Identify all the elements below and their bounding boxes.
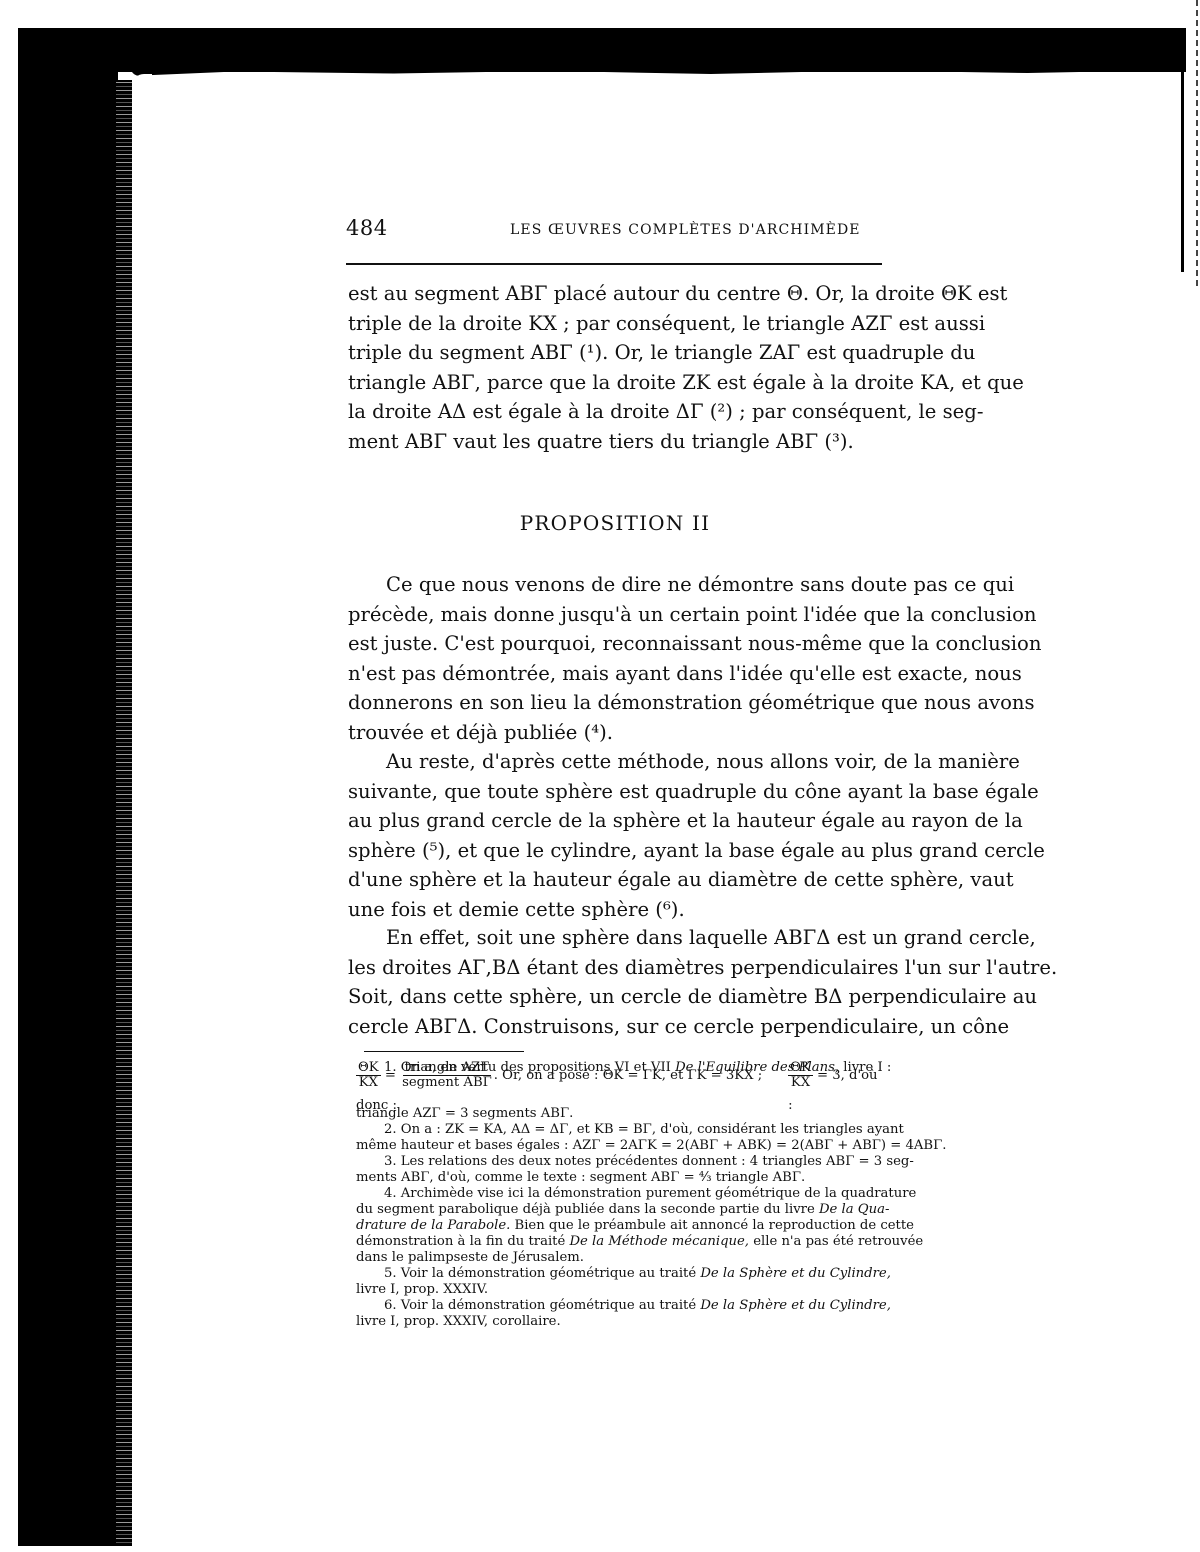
text-line: donnerons en son lieu la démonstration g… <box>348 688 882 718</box>
text-line: Soit, dans cette sphère, un cercle de di… <box>348 982 882 1012</box>
footnote-3-line: ments ΑΒΓ, d'où, comme le texte : segmen… <box>356 1170 882 1186</box>
page-number: 484 <box>346 216 388 240</box>
running-title: LES ŒUVRES COMPLÈTES D'ARCHIMÈDE <box>510 222 861 238</box>
text-line: est au segment ΑΒΓ placé autour du centr… <box>348 279 882 309</box>
paragraph: En effet, soit une sphère dans laquelle … <box>348 923 882 1041</box>
section-heading: PROPOSITION II <box>348 511 882 535</box>
text-line: Ce que nous venons de dire ne démontre s… <box>348 570 882 600</box>
text-line: triple du segment ΑΒΓ (¹). Or, le triang… <box>348 338 882 368</box>
footnote-3-line: 3. Les relations des deux notes précéden… <box>356 1154 882 1170</box>
text-line: précède, mais donne jusqu'à un certain p… <box>348 600 882 630</box>
paragraph-continuation: est au segment ΑΒΓ placé autour du centr… <box>348 279 882 456</box>
footnote-4-line: du segment parabolique déjà publiée dans… <box>356 1202 882 1218</box>
fraction: triangle ΑΖΓsegment ΑΒΓ <box>400 1061 494 1090</box>
text-line: sphère (⁵), et que le cylindre, ayant la… <box>348 836 882 866</box>
text-line: la droite ΑΔ est égale à la droite ΔΓ (²… <box>348 397 882 427</box>
footnote-5-line: 5. Voir la démonstration géométrique au … <box>356 1266 882 1282</box>
text-line: Au reste, d'après cette méthode, nous al… <box>348 747 882 777</box>
text-line: les droites ΑΓ,ΒΔ étant des diamètres pe… <box>348 953 882 983</box>
book-page: 484 LES ŒUVRES COMPLÈTES D'ARCHIMÈDE est… <box>0 0 1200 1552</box>
footnote-rule <box>364 1051 524 1052</box>
text-line: au plus grand cercle de la sphère et la … <box>348 806 882 836</box>
text-line: cercle ΑΒΓΔ. Construisons, sur ce cercle… <box>348 1012 882 1042</box>
text-line: triangle ΑΒΓ, parce que la droite ΖΚ est… <box>348 368 882 398</box>
paragraph: Au reste, d'après cette méthode, nous al… <box>348 747 882 924</box>
text-line: n'est pas démontrée, mais ayant dans l'i… <box>348 659 882 689</box>
text-line: est juste. C'est pourquoi, reconnaissant… <box>348 629 882 659</box>
footnote-4-line: 4. Archimède vise ici la démonstration p… <box>356 1186 882 1202</box>
footnote-1-formula: ΘΚΚΧ = triangle ΑΖΓsegment ΑΒΓ. Or, on a… <box>356 1076 882 1106</box>
text-line: triple de la droite ΚΧ ; par conséquent,… <box>348 309 882 339</box>
paragraph: Ce que nous venons de dire ne démontre s… <box>348 570 882 747</box>
fraction: ΘΚΚΧ <box>356 1061 381 1090</box>
footnote-6-line: 6. Voir la démonstration géométrique au … <box>356 1298 882 1314</box>
footnote-5-line: livre I, prop. XXXIV. <box>356 1282 882 1298</box>
footnote-4-line: drature de la Parabole. Bien que le préa… <box>356 1218 882 1234</box>
fraction: ΘΚΚΧ <box>788 1061 813 1090</box>
footnote-4-line: démonstration à la fin du traité De la M… <box>356 1234 882 1250</box>
footnote-2-line: même hauteur et bases égales : ΑΖΓ = 2ΑΓ… <box>356 1138 882 1154</box>
text-line: suivante, que toute sphère est quadruple… <box>348 777 882 807</box>
text-line: d'une sphère et la hauteur égale au diam… <box>348 865 882 895</box>
text-line: trouvée et déjà publiée (⁴). <box>348 718 882 748</box>
text-line: ment ΑΒΓ vaut les quatre tiers du triang… <box>348 427 882 457</box>
footnote-4-line: dans le palimpseste de Jérusalem. <box>356 1250 882 1266</box>
text-line: En effet, soit une sphère dans laquelle … <box>348 923 882 953</box>
header-rule <box>346 263 882 265</box>
running-head: 484 LES ŒUVRES COMPLÈTES D'ARCHIMÈDE <box>346 214 886 250</box>
text-line: une fois et demie cette sphère (⁶). <box>348 895 882 925</box>
footnote-6-line: livre I, prop. XXXIV, corollaire. <box>356 1314 882 1330</box>
footnotes: 1. On a, en vertu des propositions VI et… <box>356 1060 882 1330</box>
footnote-2-line: 2. On a : ΖΚ = ΚΑ, ΑΔ = ΔΓ, et ΚΒ = ΒΓ, … <box>356 1122 882 1138</box>
